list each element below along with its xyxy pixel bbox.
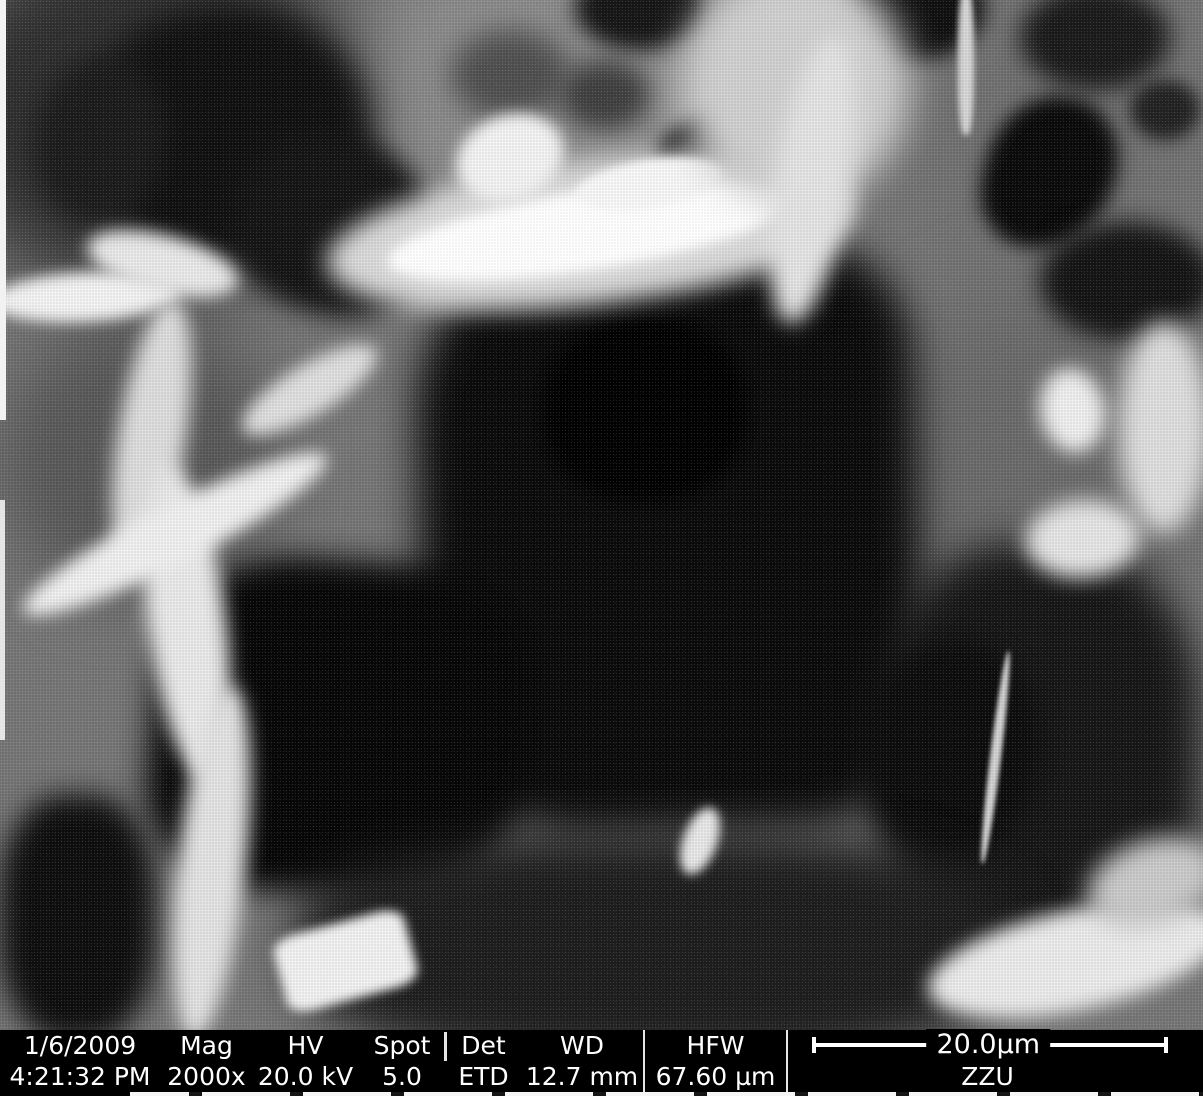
- scale-bar-area: 20.0µm ZZU: [788, 1030, 1201, 1092]
- texture-blob-bright: [958, 0, 974, 135]
- databar-spot-header: Spot: [358, 1030, 446, 1061]
- texture-blob-dark: [0, 795, 155, 1030]
- databar-mag-value: 2000x: [160, 1061, 253, 1092]
- databar-spot-value: 5.0: [358, 1061, 446, 1092]
- databar-field-detector: Det ETD: [446, 1030, 521, 1092]
- databar-field-spot-size: Spot 5.0: [358, 1030, 446, 1092]
- databar-det-value: ETD: [446, 1061, 521, 1092]
- databar-hfw-header: HFW: [645, 1030, 786, 1061]
- databar-field-horizontal-field-width: HFW 67.60 µm: [645, 1030, 788, 1092]
- facility-label: ZZU: [788, 1061, 1201, 1092]
- texture-blob-dark: [1130, 80, 1200, 140]
- texture-blob-dark: [560, 60, 650, 130]
- databar-mag-header: Mag: [160, 1030, 253, 1061]
- texture-blob-dark: [450, 30, 570, 120]
- texture-blob-bright: [1118, 322, 1203, 534]
- scale-bar-right-tick: [1164, 1037, 1168, 1053]
- scale-bar: 20.0µm: [788, 1030, 1201, 1061]
- databar-hv-header: HV: [253, 1030, 358, 1061]
- databar-hfw-value: 67.60 µm: [645, 1061, 786, 1092]
- scan-edge-artifact-left-mid: [0, 500, 5, 740]
- texture-blob-dark: [545, 320, 745, 500]
- sem-micrograph-image: [0, 0, 1203, 1030]
- databar: 1/6/2009 4:21:32 PM Mag 2000x HV 20.0 kV…: [0, 1030, 1203, 1092]
- texture-blob-dark: [1040, 222, 1203, 340]
- sem-screenshot: 1/6/2009 4:21:32 PM Mag 2000x HV 20.0 kV…: [0, 0, 1203, 1096]
- micrograph-texture-layer: [0, 0, 1203, 1030]
- databar-field-magnification: Mag 2000x: [160, 1030, 253, 1092]
- databar-det-header: Det: [446, 1030, 521, 1061]
- scan-edge-artifact-bottom: [0, 1092, 1203, 1096]
- databar-wd-header: WD: [521, 1030, 643, 1061]
- databar-field-datetime: 1/6/2009 4:21:32 PM: [0, 1030, 160, 1092]
- databar-divider-spot-det: [444, 1032, 447, 1061]
- scan-edge-artifact-left-top: [0, 0, 6, 420]
- databar-field-high-voltage: HV 20.0 kV: [253, 1030, 358, 1092]
- databar-date: 1/6/2009: [0, 1030, 160, 1061]
- scale-bar-length-label: 20.0µm: [926, 1029, 1050, 1060]
- databar-time: 4:21:32 PM: [0, 1061, 160, 1092]
- databar-wd-value: 12.7 mm: [521, 1061, 643, 1092]
- databar-hv-value: 20.0 kV: [253, 1061, 358, 1092]
- databar-field-working-distance: WD 12.7 mm: [521, 1030, 645, 1092]
